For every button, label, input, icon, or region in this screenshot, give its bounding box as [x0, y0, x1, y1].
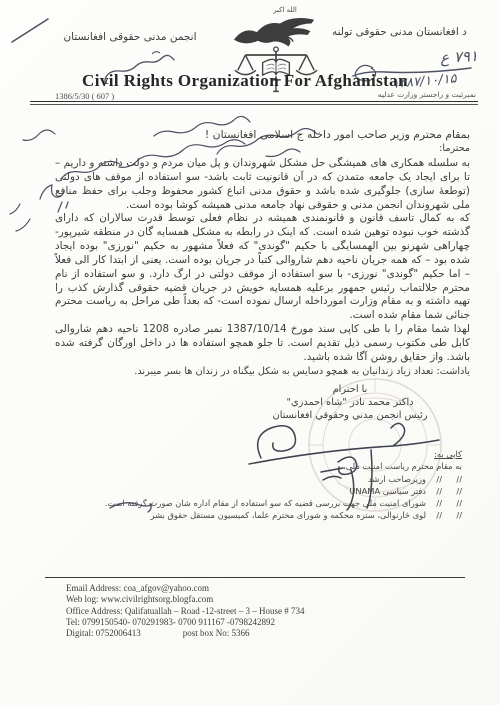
ditto-mark: // — [426, 485, 442, 497]
registration-number: 1386/5/30 ( 607 ) — [55, 91, 114, 101]
letter-paragraph-2: که به کمال تاسف قانون و قانونمندی همیشه … — [55, 212, 470, 323]
cc-item-2: ////وزیرصاحب ارشد — [100, 473, 462, 485]
registration-label: نمبرثبت و راجستر وزارت عدلیه — [330, 90, 476, 99]
letter-paragraph-1: به سلسله همکاری های همیشگی حل مشکل شهرون… — [55, 157, 470, 212]
footer-contact-block: Email Address: coa_afgov@yahoo.com Web l… — [66, 583, 466, 639]
letter-salutation: محترما: — [55, 143, 470, 156]
ditto-mark: // — [442, 497, 462, 509]
letter-addressee: بمقام محترم وزیر صاحب امور داخله ج اسلام… — [55, 128, 470, 142]
ditto-mark: // — [442, 509, 462, 521]
footer-digital-postbox: Digital: 0752006413post box No: 5366 — [66, 628, 466, 639]
footer-weblog: Web log: www.civilrightsorg.blogfa.com — [66, 594, 466, 605]
signatory-name: داکتر محمد نادر "شاه احمدزي" — [268, 397, 432, 408]
footer-email: Email Address: coa_afgov@yahoo.com — [66, 583, 466, 594]
ditto-mark: // — [442, 473, 462, 485]
org-name-english: Civil Rights Organization For Afghanista… — [70, 71, 420, 91]
cc-item-1: به مقام محترم ریاست امنیت ملی، — [100, 460, 462, 472]
ditto-mark: // — [426, 473, 442, 485]
handwritten-corner-slash — [8, 14, 52, 46]
footer-telephones: Tel: 0799150540- 070291983- 0700 911167 … — [66, 617, 466, 628]
signature-closing: با احترام — [300, 384, 400, 395]
letter-paragraph-3: لهذا شما مقام را با طی کاپی سند مورخ 138… — [55, 323, 470, 364]
ditto-mark: // — [442, 485, 462, 497]
org-name-dari: انجمن مدنی حقوقی افغانستان — [55, 31, 205, 43]
handwritten-tick — [106, 496, 156, 516]
letter-body: بمقام محترم وزیر صاحب امور داخله ج اسلام… — [55, 128, 470, 378]
org-name-pashto: د افغانستان مدنی حقوقی تولنه — [332, 26, 476, 38]
footer-divider — [45, 577, 465, 578]
cc-heading: کاپی به: — [100, 448, 462, 460]
footer-postbox: post box No: 5366 — [183, 628, 250, 638]
scanned-letter-page: الله اکبر د افغانستان مدنی حقوقی تولنه ا… — [0, 0, 500, 705]
footer-office-address: Office Address: Qalifatuallah – Road -12… — [66, 606, 466, 617]
ditto-mark: // — [426, 509, 442, 521]
ditto-mark: // — [426, 497, 442, 509]
footer-digital: Digital: 0752006413 — [66, 628, 141, 638]
